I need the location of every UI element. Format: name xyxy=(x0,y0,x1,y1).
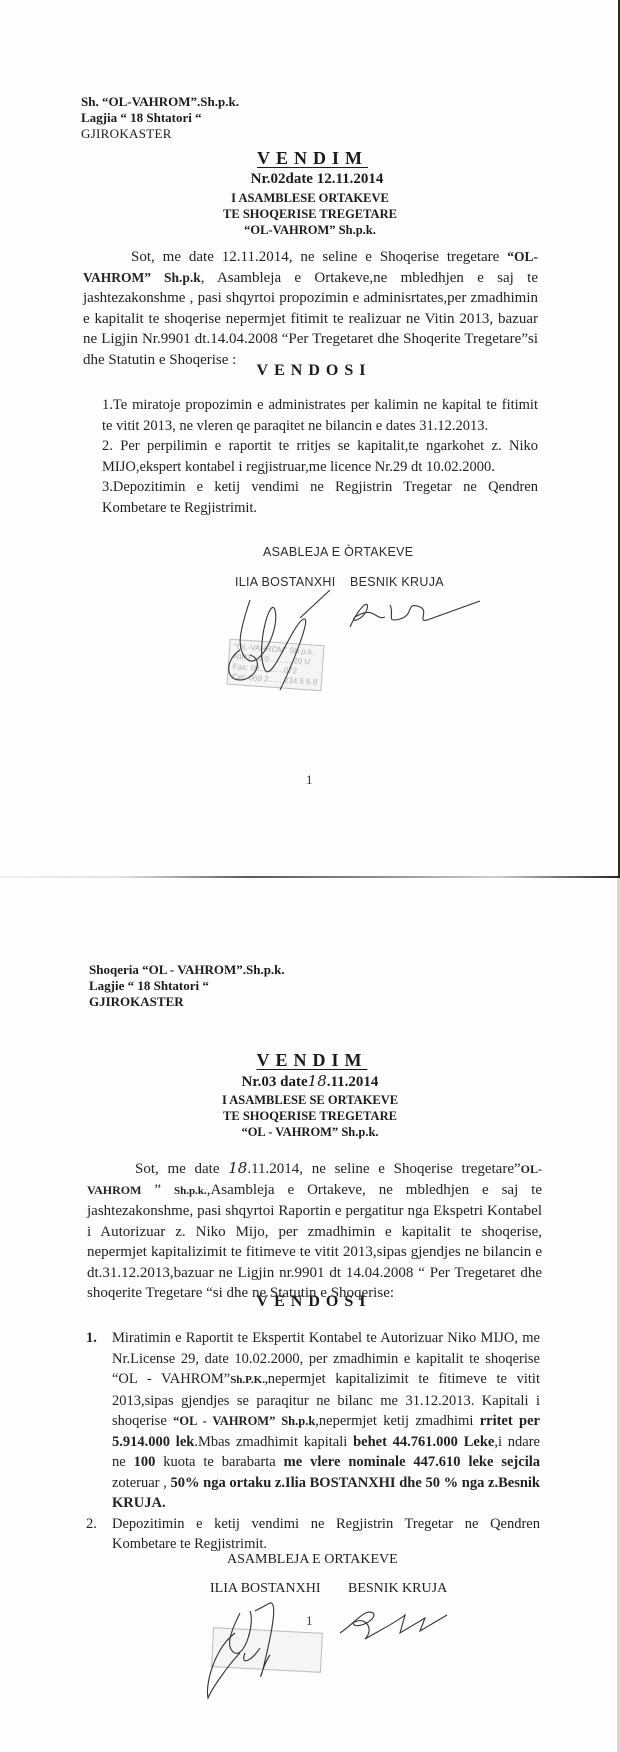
subtitle-line-2: TE SHOQERISE TREGETARE xyxy=(0,206,620,222)
signature-partner-2 xyxy=(345,595,485,635)
decision-number: Nr.02date 12.11.2014 xyxy=(0,171,620,188)
signature-partner-2 xyxy=(335,1603,455,1643)
decision-heading: VENDOSI xyxy=(0,1293,620,1311)
handwritten-day: 18 xyxy=(228,1159,247,1177)
document-title: VENDIM xyxy=(0,1050,620,1071)
assembly-label: ASAMBLEJA E ORTAKEVE xyxy=(227,1552,398,1568)
decision-item-2: 2. Depozitimin e ketij vendimi ne Regjis… xyxy=(86,1514,540,1555)
intro-paragraph: Sot, me date 12.11.2014, ne seline e Sho… xyxy=(83,247,538,370)
subtitle-line-1: I ASAMBLESE ORTAKEVE xyxy=(0,190,620,206)
document-page-2: Shoqeria “OL - VAHROM”.Sh.p.k. Lagjie “ … xyxy=(0,878,620,1752)
company-header: Sh. “OL-VAHROM”.Sh.p.k. Lagjia “ 18 Shta… xyxy=(81,94,239,142)
company-name: Sh. “OL-VAHROM”.Sh.p.k. xyxy=(81,94,239,110)
decision-item-1: 1.Te miratoje propozimin e administrates… xyxy=(102,395,538,436)
decision-list: 1.Te miratoje propozimin e administrates… xyxy=(102,395,538,518)
subtitle-line-1: I ASAMBLESE SE ORTAKEVE xyxy=(0,1092,620,1108)
subtitle-line-3: “OL-VAHROM” Sh.p.k. xyxy=(0,222,620,238)
company-address: Lagjie “ 18 Shtatori “ xyxy=(89,978,285,994)
company-address: Lagjia “ 18 Shtatori “ xyxy=(81,110,239,126)
subtitle-line-2: TE SHOQERISE TREGETARE xyxy=(0,1108,620,1124)
company-header: Shoqeria “OL - VAHROM”.Sh.p.k. Lagjie “ … xyxy=(89,962,285,1010)
partner-2-name: BESNIK KRUJA xyxy=(348,1581,447,1597)
document-title: VENDIM xyxy=(0,148,620,169)
handwritten-day: 18 xyxy=(308,1072,327,1090)
page-number: 1 xyxy=(306,772,313,788)
decision-heading: VENDOSI xyxy=(0,362,620,380)
decision-list: 1. Miratimin e Raportit te Ekspertit Kon… xyxy=(86,1328,540,1555)
intro-paragraph: Sot, me date 18.11.2014, ne seline e Sho… xyxy=(87,1158,542,1304)
document-page-1: Sh. “OL-VAHROM”.Sh.p.k. Lagjia “ 18 Shta… xyxy=(0,0,620,876)
signature-partner-1 xyxy=(220,590,360,700)
company-city: GJIROKASTER xyxy=(89,994,285,1010)
partner-1-name: ILIA BOSTANXHI xyxy=(235,575,336,589)
page-number: 1 xyxy=(306,1613,313,1629)
decision-item-3: 3.Depozitimin e ketij vendimi ne Regjist… xyxy=(102,477,538,518)
partner-2-name: BESNIK KRUJA xyxy=(350,575,444,589)
company-name: Shoqeria “OL - VAHROM”.Sh.p.k. xyxy=(89,962,285,978)
decision-item-1: 1. Miratimin e Raportit te Ekspertit Kon… xyxy=(86,1328,540,1514)
assembly-label: ASABLEJA E ÒRTAKEVE xyxy=(263,545,413,559)
subtitle-line-3: “OL - VAHROM” Sh.p.k. xyxy=(0,1124,620,1140)
company-city: GJIROKASTER xyxy=(81,126,239,142)
decision-number: Nr.03 date18.11.2014 xyxy=(0,1072,620,1091)
decision-item-2: 2. Per perpilimin e raportit te rritjes … xyxy=(102,436,538,477)
signature-partner-1 xyxy=(200,1593,310,1703)
